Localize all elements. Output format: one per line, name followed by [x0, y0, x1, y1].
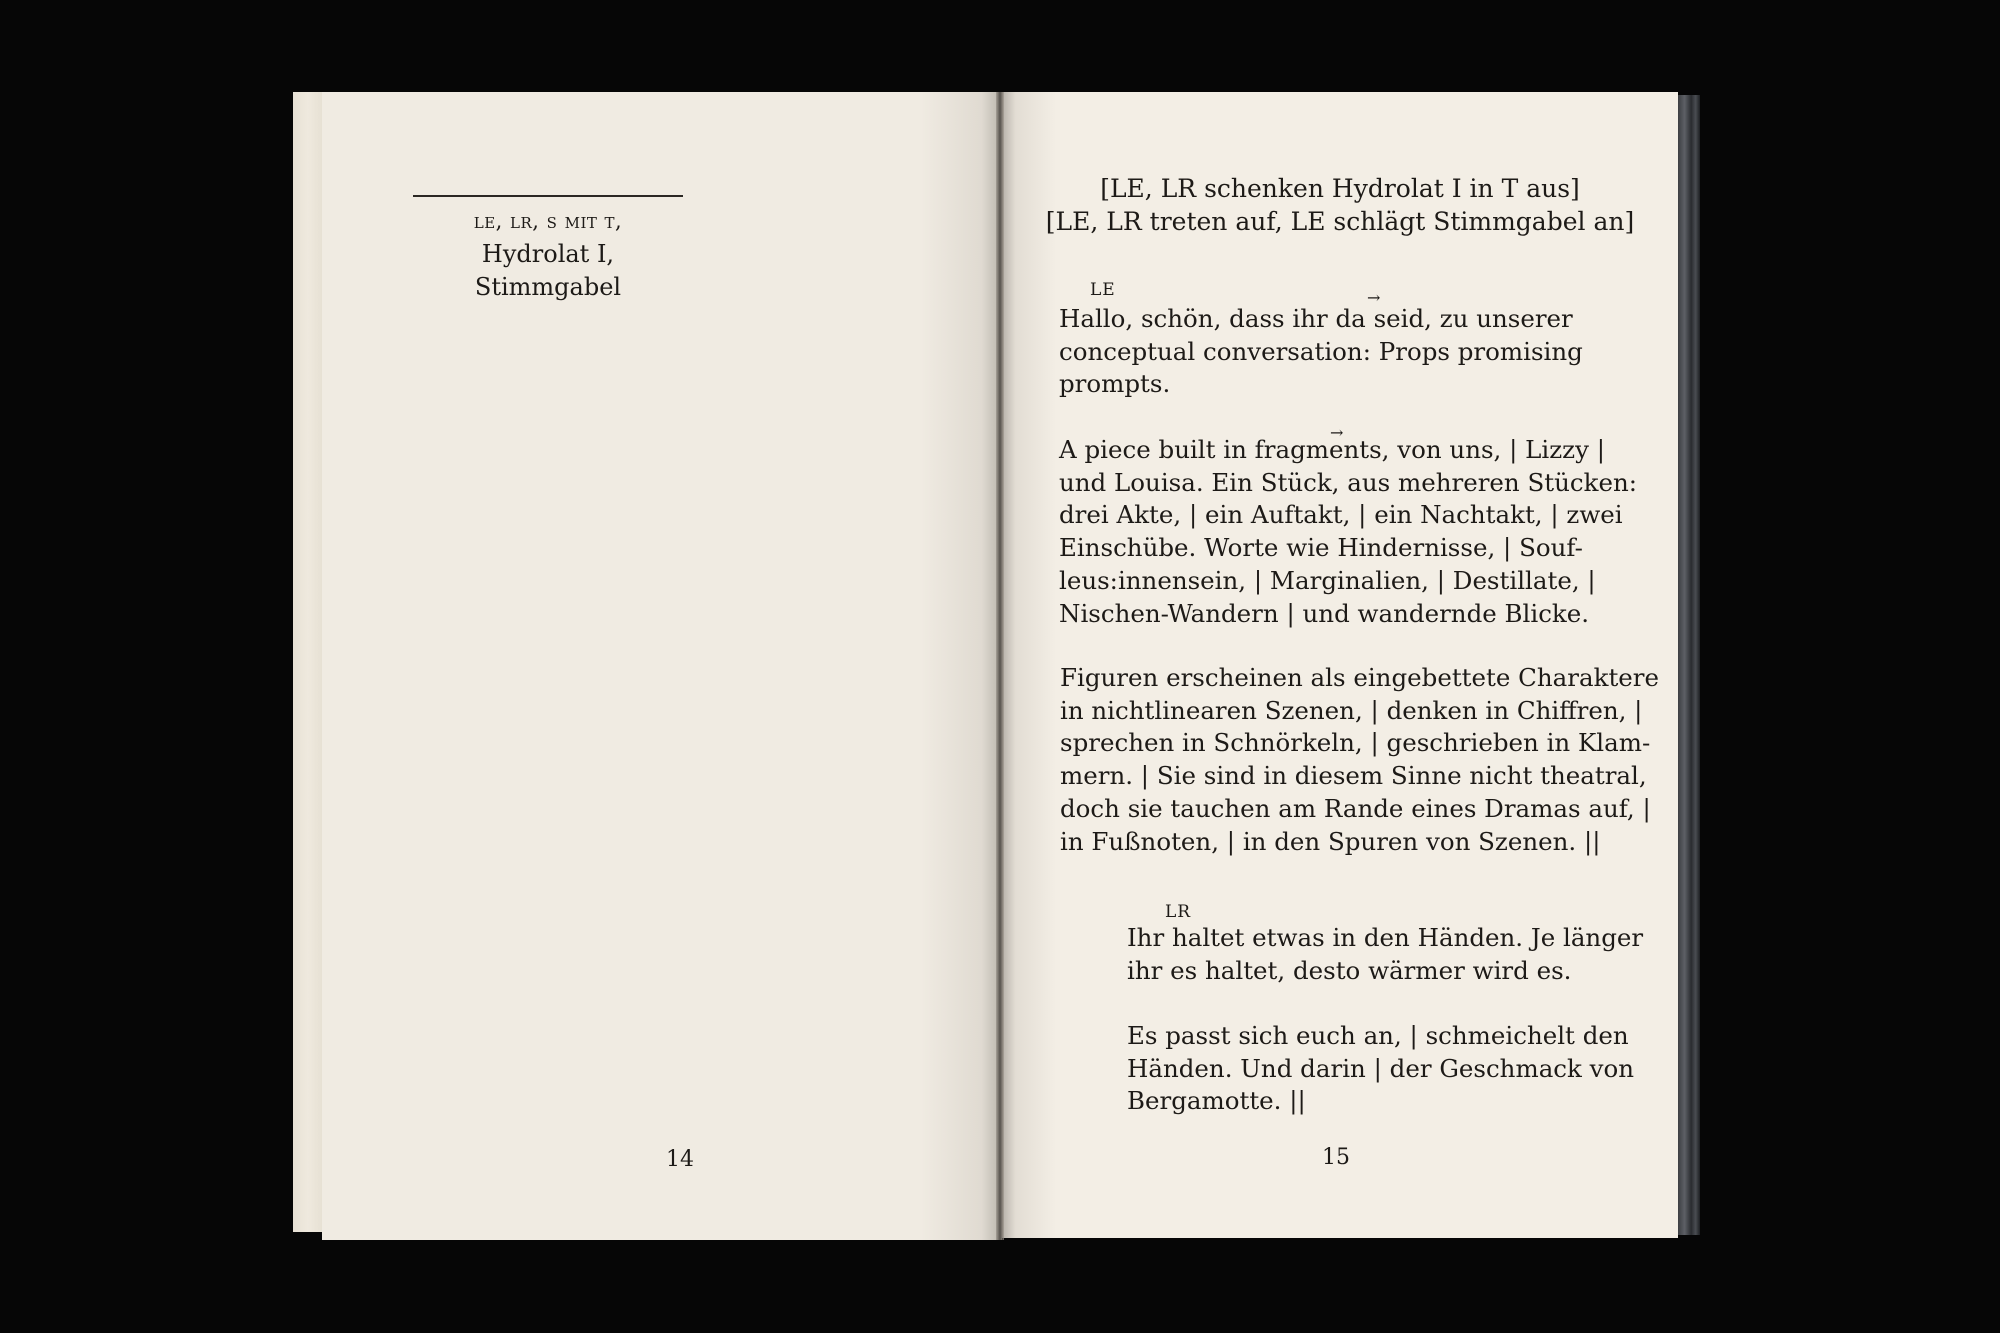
- text-line: Nischen-Wandern | und wandernde Blicke.: [1059, 598, 1637, 631]
- cast-line-3: Stimmgabel: [413, 271, 683, 304]
- text-line: Hallo, schön, dass ihr da seid, zu unser…: [1059, 303, 1583, 336]
- stage-direction-2: [LE, LR treten auf, LE schlägt Stimmgabe…: [1040, 205, 1640, 238]
- text-line: Händen. Und darin | der Geschmack von: [1127, 1053, 1634, 1086]
- paragraph-5: Es passt sich euch an, | schmeichelt den…: [1127, 1020, 1634, 1118]
- text-line: drei Akte, | ein Auftakt, | ein Nachtakt…: [1059, 499, 1637, 532]
- arrow-right-icon: →: [1330, 425, 1343, 441]
- paragraph-3: Figuren erscheinen als eingebettete Char…: [1060, 662, 1659, 858]
- text-line: Figuren erscheinen als eingebettete Char…: [1060, 662, 1659, 695]
- speaker-label-le: LE: [1090, 280, 1116, 300]
- text-line: in Fußnoten, | in den Spuren von Szenen.…: [1060, 826, 1659, 859]
- page-number-right: 15: [1322, 1145, 1350, 1170]
- text-line: prompts.: [1059, 368, 1583, 401]
- text-line: in nichtlinearen Szenen, | denken in Chi…: [1060, 695, 1659, 728]
- cast-rule-divider: [413, 195, 683, 197]
- paragraph-4: Ihr haltet etwas in den Händen. Je länge…: [1127, 922, 1643, 987]
- cast-line-2: Hydrolat I,: [413, 238, 683, 271]
- left-page-stack-edge: [293, 92, 324, 1232]
- text-line: Bergamotte. ||: [1127, 1085, 1634, 1118]
- arrow-right-icon: →: [1367, 290, 1380, 306]
- cast-line-1: LE, LR, S mit T,: [413, 205, 683, 238]
- text-line: ihr es haltet, desto wärmer wird es.: [1127, 955, 1643, 988]
- paragraph-2: A piece built in fragments, von uns, | L…: [1059, 434, 1637, 630]
- gutter: [996, 92, 1004, 1240]
- cast-block: LE, LR, S mit T, Hydrolat I, Stimmgabel: [413, 205, 683, 304]
- text-line: Es passt sich euch an, | schmeichelt den: [1127, 1020, 1634, 1053]
- open-book: LE, LR, S mit T, Hydrolat I, Stimmgabel …: [0, 0, 2000, 1333]
- text-line: Einschübe. Worte wie Hindernisse, | Souf…: [1059, 532, 1637, 565]
- text-line: mern. | Sie sind in diesem Sinne nicht t…: [1060, 760, 1659, 793]
- stage-direction-1: [LE, LR schenken Hydrolat I in T aus]: [1040, 172, 1640, 205]
- text-line: A piece built in fragments, von uns, | L…: [1059, 434, 1637, 467]
- text-line: sprechen in Schnörkeln, | geschrieben in…: [1060, 727, 1659, 760]
- speaker-label-lr: LR: [1165, 902, 1191, 922]
- page-number-left: 14: [666, 1147, 694, 1172]
- paragraph-1: Hallo, schön, dass ihr da seid, zu unser…: [1059, 303, 1583, 401]
- text-line: und Louisa. Ein Stück, aus mehreren Stüc…: [1059, 467, 1637, 500]
- right-page-block-edge: [1678, 95, 1700, 1235]
- text-line: conceptual conversation: Props promising: [1059, 336, 1583, 369]
- text-line: leus:innensein, | Marginalien, | Destill…: [1059, 565, 1637, 598]
- text-line: Ihr haltet etwas in den Händen. Je länge…: [1127, 922, 1643, 955]
- text-line: doch sie tauchen am Rande eines Dramas a…: [1060, 793, 1659, 826]
